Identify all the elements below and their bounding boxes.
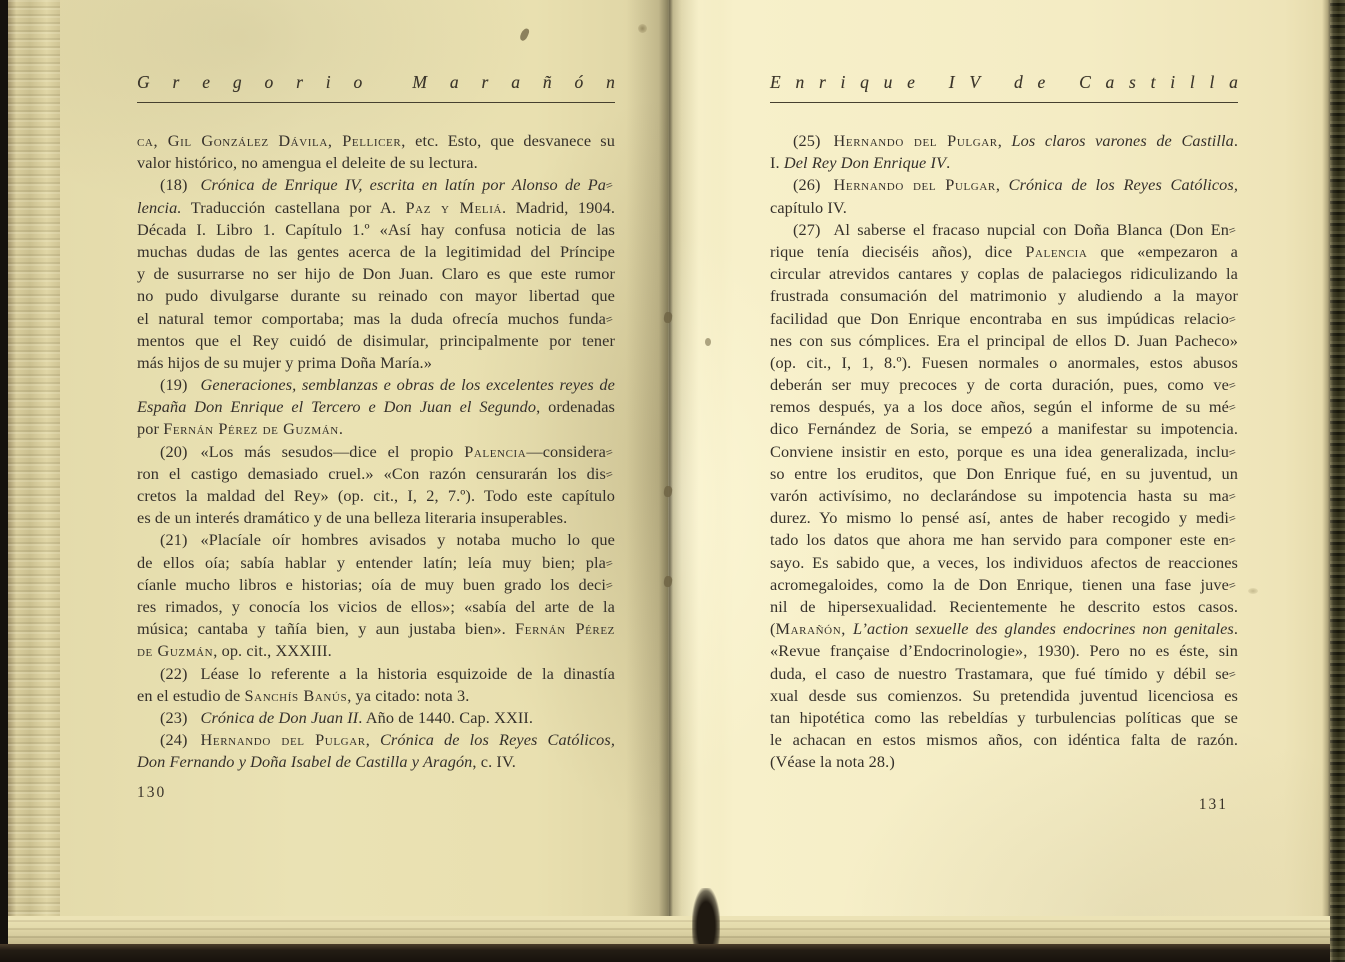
gutter-bottom-notch — [692, 888, 720, 952]
left-page-body: ca, Gil González Dávila, Pellicer, etc. … — [137, 130, 615, 773]
left-fore-edge-pages — [8, 0, 60, 950]
text-line: facilidad que Don Enrique encontraba en … — [770, 308, 1238, 330]
text-line: (21)«Placíale oír hombres avisados y not… — [137, 529, 615, 551]
text-line: muchas dudas de las gentes acerca de la … — [137, 241, 615, 263]
text-line: (op. cit., I, 1, 8.º). Fuesen normales o… — [770, 352, 1238, 374]
left-text-column: Gregorio Marañón ca, Gil González Dávila… — [137, 0, 615, 773]
text-line: lencia. Traducción castellana por A. Paz… — [137, 197, 615, 219]
text-line: es de un interés dramático y de una bell… — [137, 507, 615, 529]
text-line: (22)Léase lo referente a la historia esq… — [137, 663, 615, 685]
text-line: nes con sus cómplices. Era el principal … — [770, 330, 1238, 352]
paragraph: (24)Hernando del Pulgar, Crónica de los … — [137, 729, 615, 773]
text-line: xual desde sus comienzos. Su pretendida … — [770, 685, 1238, 707]
text-line: España Don Enrique el Tercero e Don Juan… — [137, 396, 615, 418]
text-line: deberán ser muy precoces y de corta dura… — [770, 374, 1238, 396]
text-line: cíanle mucho libros e historias; oía de … — [137, 574, 615, 596]
paragraph: (21)«Placíale oír hombres avisados y not… — [137, 529, 615, 662]
text-line: valor histórico, no amengua el deleite d… — [137, 152, 615, 174]
right-page-number: 131 — [1199, 796, 1228, 814]
text-line: no pudo divulgarse durante su reinado co… — [137, 285, 615, 307]
book-scan: { "markup_legend": { "italic": "*...*", … — [0, 0, 1345, 962]
text-line: tado los datos que ahora me han servido … — [770, 529, 1238, 551]
text-line: varón activísimo, no declarándose su imp… — [770, 485, 1238, 507]
text-line: rique tenía dieciséis años), dice Palenc… — [770, 241, 1238, 263]
text-line: durez. Yo mismo lo pensé así, antes de h… — [770, 507, 1238, 529]
text-line: el natural temor comportaba; mas la duda… — [137, 308, 615, 330]
text-line: ca, Gil González Dávila, Pellicer, etc. … — [137, 130, 615, 152]
text-line: tan hipotética como las rebeldías y turb… — [770, 707, 1238, 729]
right-cover-edge — [1330, 0, 1345, 962]
text-line: (27)Al saberse el fracaso nupcial con Do… — [770, 219, 1238, 241]
text-line: remos después, ya a los doce años, según… — [770, 396, 1238, 418]
text-line: de Guzmán, op. cit., XXXIII. — [137, 640, 615, 662]
text-line: (19)Generaciones, semblanzas e obras de … — [137, 374, 615, 396]
paragraph: (27)Al saberse el fracaso nupcial con Do… — [770, 219, 1238, 774]
right-page-body: (25)Hernando del Pulgar, Los claros varo… — [770, 130, 1238, 773]
text-line: Don Fernando y Doña Isabel de Castilla y… — [137, 751, 615, 773]
text-line: (26)Hernando del Pulgar, Crónica de los … — [770, 174, 1238, 196]
text-line: dico Fernández de Soria, se empezó a man… — [770, 418, 1238, 440]
paragraph: (23)Crónica de Don Juan II. Año de 1440.… — [137, 707, 615, 729]
paragraph: (18)Crónica de Enrique IV, escrita en la… — [137, 174, 615, 374]
text-line: le achacan en estos mismos años, con idé… — [770, 729, 1238, 751]
left-page-number: 130 — [137, 784, 166, 802]
right-running-head: Enrique IV de Castilla — [770, 72, 1238, 103]
paragraph: (25)Hernando del Pulgar, Los claros varo… — [770, 130, 1238, 174]
text-line: cretos la maldad del Rey» (op. cit., I, … — [137, 485, 615, 507]
text-line: por Fernán Pérez de Guzmán. — [137, 418, 615, 440]
paragraph: ca, Gil González Dávila, Pellicer, etc. … — [137, 130, 615, 174]
left-running-head: Gregorio Marañón — [137, 72, 615, 103]
text-line: de ellos oía; sabía hablar y entender la… — [137, 552, 615, 574]
left-page: Gregorio Marañón ca, Gil González Dávila… — [60, 0, 668, 920]
bottom-shadow-band — [0, 944, 1345, 962]
text-line: frustrada consumación del matrimonio y a… — [770, 285, 1238, 307]
right-page-edge-shadow — [1322, 0, 1330, 930]
text-line: (Véase la nota 28.) — [770, 751, 1238, 773]
text-line: Década I. Libro 1. Capítulo 1.º «Así hay… — [137, 219, 615, 241]
text-line: res rimados, y conocía los vicios de ell… — [137, 596, 615, 618]
text-line: sayo. Es sabido que, a veces, los indivi… — [770, 552, 1238, 574]
text-line: (25)Hernando del Pulgar, Los claros varo… — [770, 130, 1238, 152]
text-line: en el estudio de Sanchís Banús, ya citad… — [137, 685, 615, 707]
text-line: (18)Crónica de Enrique IV, escrita en la… — [137, 174, 615, 196]
right-running-head-text: Enrique IV de Castilla — [770, 72, 1238, 93]
book-left-edge — [0, 0, 8, 962]
text-line: (23)Crónica de Don Juan II. Año de 1440.… — [137, 707, 615, 729]
text-line: más hijos de su mujer y prima Doña María… — [137, 352, 615, 374]
text-line: capítulo IV. — [770, 197, 1238, 219]
text-line: so entre los eruditos, que Don Enrique f… — [770, 463, 1238, 485]
text-line: música; cantaba y tañía bien, y aun just… — [137, 618, 615, 640]
text-line: (Marañón, L’action sexuelle des glandes … — [770, 618, 1238, 640]
text-line: (24)Hernando del Pulgar, Crónica de los … — [137, 729, 615, 751]
paragraph: (26)Hernando del Pulgar, Crónica de los … — [770, 174, 1238, 218]
paragraph: (20)«Los más sesudos—dice el propio Pale… — [137, 441, 615, 530]
right-text-column: Enrique IV de Castilla (25)Hernando del … — [770, 0, 1238, 773]
text-line: acromegaloides, como la de Don Enrique, … — [770, 574, 1238, 596]
text-line: I. Del Rey Don Enrique IV. — [770, 152, 1238, 174]
text-line: Conviene insistir en esto, porque es una… — [770, 441, 1238, 463]
text-line: mentos que el Rey cuidó de disimular, pr… — [137, 330, 615, 352]
text-line: ron el castigo demasiado cruel.» «Con ra… — [137, 463, 615, 485]
text-line: duda, el caso de nuestro Trastamara, que… — [770, 663, 1238, 685]
right-page: Enrique IV de Castilla (25)Hernando del … — [668, 0, 1330, 922]
text-line: y de susurrarse no ser hijo de Don Juan.… — [137, 263, 615, 285]
text-line: (20)«Los más sesudos—dice el propio Pale… — [137, 441, 615, 463]
paragraph: (19)Generaciones, semblanzas e obras de … — [137, 374, 615, 441]
text-line: circular atrevidos cantares y coplas de … — [770, 263, 1238, 285]
text-line: nil de hipersexualidad. Recientemente he… — [770, 596, 1238, 618]
text-line: «Revue française d’Endocrinologie», 1930… — [770, 640, 1238, 662]
left-running-head-text: Gregorio Marañón — [137, 72, 615, 93]
paragraph: (22)Léase lo referente a la historia esq… — [137, 663, 615, 707]
